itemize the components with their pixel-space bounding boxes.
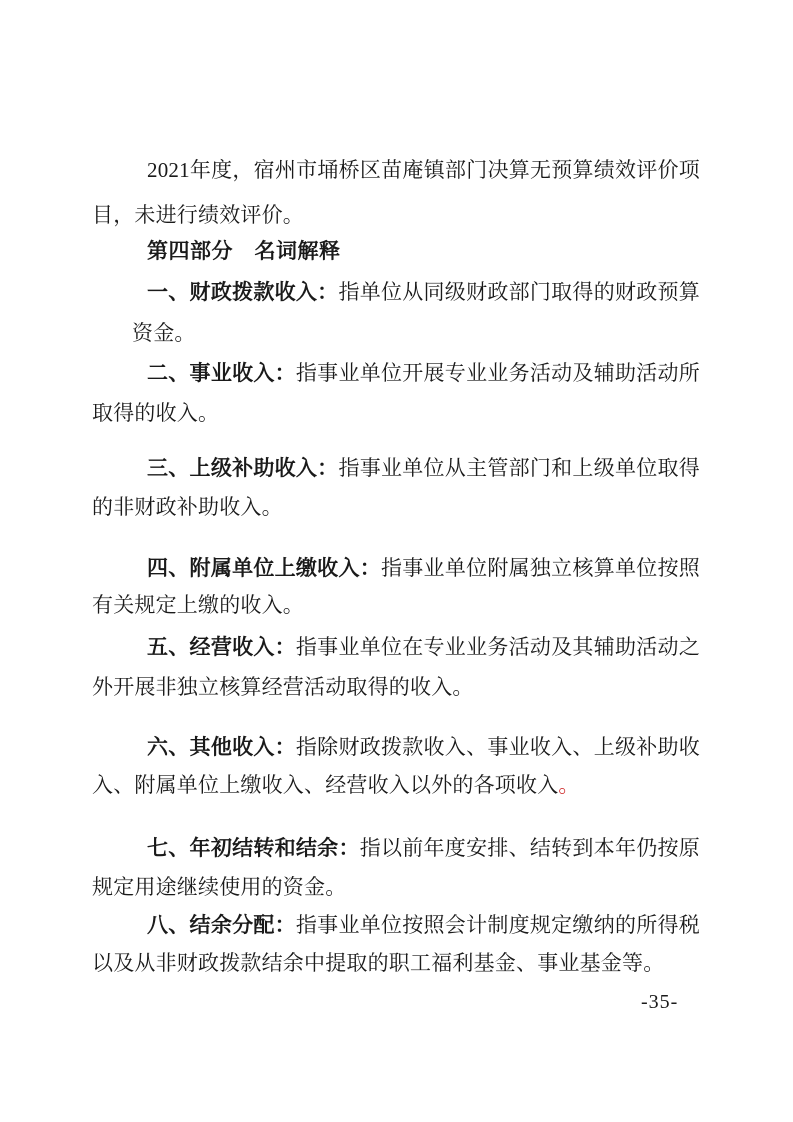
term-8-text-2: 以及从非财政拨款结余中提取的职工福利基金、事业基金等。: [92, 951, 664, 975]
term-3-label: 三、上级补助收入：: [147, 456, 338, 480]
term-8-text: 指事业单位按照会计制度规定缴纳的所得税: [296, 913, 700, 937]
term-8-line-1: 八、结余分配：指事业单位按照会计制度规定缴纳的所得税: [147, 905, 700, 945]
term-8-label: 八、结余分配：: [147, 913, 296, 937]
term-1-label: 一、财政拨款收入：: [147, 280, 338, 304]
term-7-label: 七、年初结转和结余：: [147, 836, 360, 860]
term-2-text: 指事业单位开展专业业务活动及辅助活动所: [296, 361, 700, 385]
term-5-line-1: 五、经营收入：指事业单位在专业业务活动及其辅助活动之: [147, 627, 700, 667]
document-page: 2021年度，宿州市埇桥区苗庵镇部门决算无预算绩效评价项 目，未进行绩效评价。 …: [0, 0, 793, 1122]
term-3-line-1: 三、上级补助收入：指事业单位从主管部门和上级单位取得: [147, 448, 700, 488]
term-1-text-2: 资金。: [132, 321, 196, 345]
term-4-text-2: 有关规定上缴的收入。: [92, 593, 304, 617]
term-4-label: 四、附属单位上缴收入：: [147, 556, 381, 580]
page-number: -35-: [641, 988, 678, 1016]
term-5-label: 五、经营收入：: [147, 635, 296, 659]
term-8-line-2: 以及从非财政拨款结余中提取的职工福利基金、事业基金等。: [92, 943, 664, 983]
term-2-line-2: 取得的收入。: [92, 393, 219, 433]
intro-line-1: 2021年度，宿州市埇桥区苗庵镇部门决算无预算绩效评价项: [147, 150, 700, 190]
term-7-line-1: 七、年初结转和结余：指以前年度安排、结转到本年仍按原: [147, 828, 700, 868]
term-5-text: 指事业单位在专业业务活动及其辅助活动之: [296, 635, 700, 659]
term-6-line-2: 入、附属单位上缴收入、经营收入以外的各项收入。: [92, 765, 580, 805]
part-heading: 第四部分 名词解释: [147, 232, 341, 272]
term-7-text: 指以前年度安排、结转到本年仍按原: [360, 836, 700, 860]
term-4-line-2: 有关规定上缴的收入。: [92, 585, 304, 625]
term-6-text: 指除财政拨款收入、事业收入、上级补助收: [296, 735, 700, 759]
part-heading-text: 第四部分 名词解释: [147, 240, 341, 263]
term-6-label: 六、其他收入：: [147, 735, 296, 759]
term-1-text: 指单位从同级财政部门取得的财政预算: [338, 280, 700, 304]
term-5-line-2: 外开展非独立核算经营活动取得的收入。: [92, 667, 474, 707]
term-6-red-period: 。: [558, 773, 579, 797]
term-2-line-1: 二、事业收入：指事业单位开展专业业务活动及辅助活动所: [147, 353, 700, 393]
term-2-text-2: 取得的收入。: [92, 401, 219, 425]
term-3-text-2: 的非财政补助收入。: [92, 495, 283, 519]
term-4-line-1: 四、附属单位上缴收入：指事业单位附属独立核算单位按照: [147, 548, 700, 588]
term-1-line-2: 资金。: [132, 313, 196, 353]
term-5-text-2: 外开展非独立核算经营活动取得的收入。: [92, 675, 474, 699]
term-2-label: 二、事业收入：: [147, 361, 296, 385]
intro-text-2: 目，未进行绩效评价。: [92, 203, 304, 227]
intro-text-1: 2021年度，宿州市埇桥区苗庵镇部门决算无预算绩效评价项: [147, 158, 700, 182]
term-4-text: 指事业单位附属独立核算单位按照: [381, 556, 700, 580]
term-1-line-1: 一、财政拨款收入：指单位从同级财政部门取得的财政预算: [147, 272, 700, 312]
term-7-text-2: 规定用途继续使用的资金。: [92, 875, 346, 899]
term-3-text: 指事业单位从主管部门和上级单位取得: [338, 456, 700, 480]
intro-line-2: 目，未进行绩效评价。: [92, 195, 304, 235]
term-7-line-2: 规定用途继续使用的资金。: [92, 867, 346, 907]
term-6-text-2: 入、附属单位上缴收入、经营收入以外的各项收入: [92, 773, 558, 797]
term-3-line-2: 的非财政补助收入。: [92, 487, 283, 527]
term-6-line-1: 六、其他收入：指除财政拨款收入、事业收入、上级补助收: [147, 727, 700, 767]
